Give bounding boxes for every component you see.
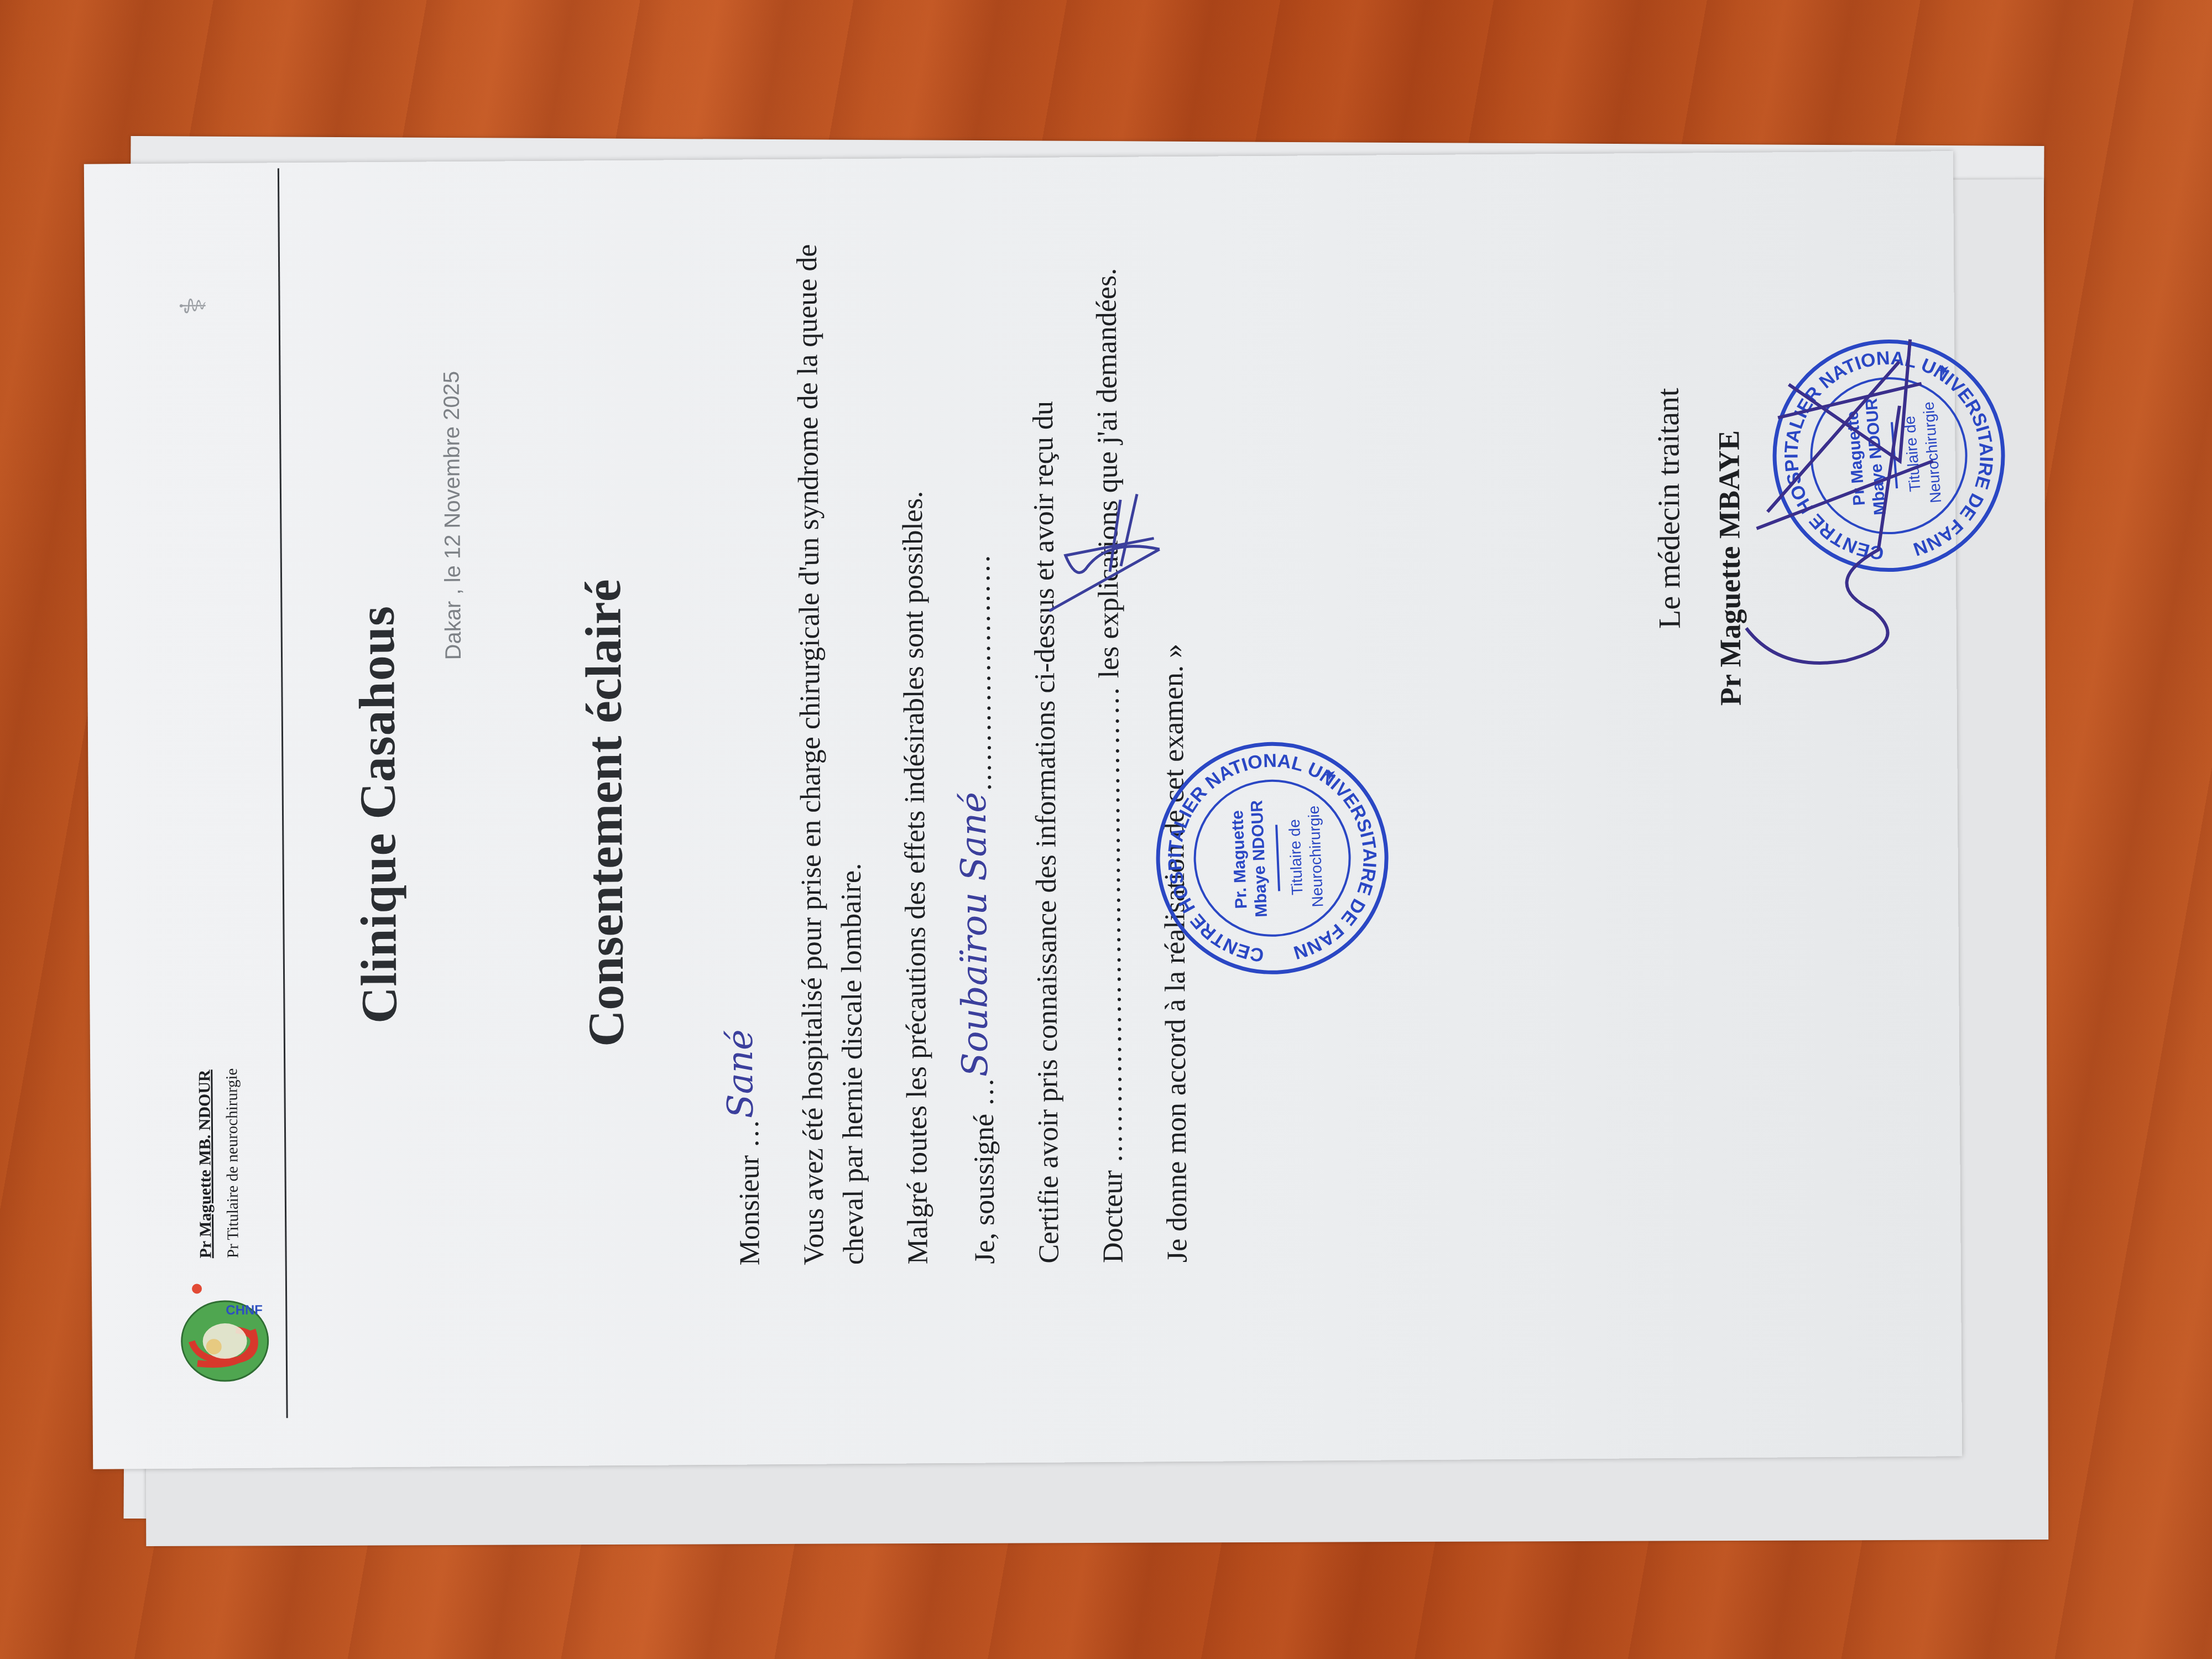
svg-text:Neurochirurgie: Neurochirurgie: [1305, 805, 1327, 907]
paragraph-hospitalisation: Vous avez été hospitalisé pour prise en …: [787, 214, 874, 1265]
header-doctor-title: Pr Titulaire de neurochirurgie: [222, 871, 243, 1258]
handwritten-undersigned-name: Soubaïrou Sané: [953, 792, 997, 1077]
doctor-dots: …………………………………………: [1093, 685, 1128, 1163]
doctor-stamp: CENTRE HOSPITALIER NATIONAL UNIVERSITAIR…: [1764, 331, 2013, 581]
consent-body: Monsieur …Sané Vous avez été hospitalisé…: [720, 212, 1222, 1266]
consent-form-page: CHNF Pr Maguette MB. NDOUR Pr Titulaire …: [84, 151, 1962, 1469]
svg-text:CENTRE HOSPITALIER NATIONAL UN: CENTRE HOSPITALIER NATIONAL UNIVERSITAIR…: [1773, 340, 2005, 571]
undersigned-label: Je, soussigné: [968, 1114, 1001, 1264]
salutation-label: Monsieur: [733, 1155, 765, 1266]
header-doctor-name: Pr Maguette MB. NDOUR: [194, 871, 216, 1258]
undersigned-line: Je, soussigné …Soubaïrou Sané……………………: [955, 213, 1005, 1264]
svg-text:Titulaire de: Titulaire de: [1901, 415, 1923, 492]
svg-text:Titulaire de: Titulaire de: [1286, 819, 1306, 896]
signer-name: Pr Maguette MBAYE: [1710, 208, 1747, 706]
doctor-line: Docteur ………………………………………… les explication…: [1086, 212, 1133, 1263]
undersigned-dots-tail: ……………………: [964, 553, 998, 792]
salutation-line: Monsieur …Sané: [720, 215, 770, 1265]
svg-text:CHNF: CHNF: [226, 1303, 263, 1318]
paragraph-certify: Certifie avoir pris connaissance des inf…: [1022, 212, 1069, 1263]
clinic-name: Clinique Casahous: [344, 162, 411, 1468]
caduceus-icon: ⚕: [173, 296, 214, 316]
svg-text:★: ★: [1936, 363, 1953, 377]
hospital-stamp: CENTRE HOSPITALIER NATIONAL UNIVERSITAIR…: [1151, 737, 1393, 979]
date-line: Dakar , le 12 Novembre 2025: [438, 184, 467, 847]
handwritten-patient-name: Sané: [720, 1029, 761, 1119]
paragraph-agreement: Je donne mon accord à la réalisation de …: [1150, 212, 1197, 1262]
undersigned-dots: …: [968, 1077, 999, 1107]
svg-text:Pr. Maguette: Pr. Maguette: [1228, 810, 1250, 910]
signer-role: Le médecin traitant: [1649, 208, 1687, 629]
paragraph-risks: Malgré toutes les précautions des effets…: [891, 213, 938, 1264]
salutation-dots: …: [733, 1118, 765, 1148]
header-divider: [278, 168, 288, 1418]
svg-text:★: ★: [1322, 768, 1339, 781]
svg-text:Mbaye NDOUR: Mbaye NDOUR: [1248, 800, 1271, 917]
document-title: Consentement éclairé: [571, 160, 638, 1466]
doctor-label: Docteur: [1097, 1170, 1129, 1263]
doctor-line-suffix: les explications que j'ai demandées.: [1091, 268, 1125, 679]
chnf-logo-icon: CHNF: [175, 1275, 269, 1386]
doctor-header: Pr Maguette MB. NDOUR Pr Titulaire de ne…: [194, 871, 243, 1259]
